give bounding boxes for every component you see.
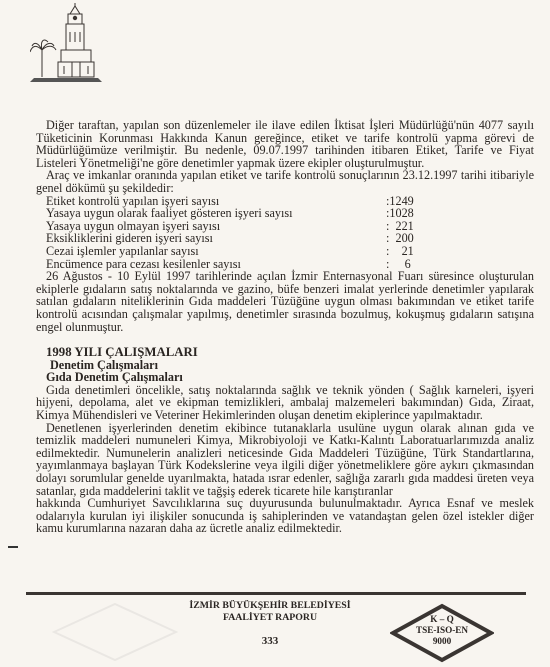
- clock-tower-icon: [30, 2, 102, 82]
- stat-value: : 21: [386, 245, 414, 258]
- paragraph-fair: 26 Ağustos - 10 Eylül 1997 tarihlerinde …: [36, 270, 534, 333]
- document-body: Diğer taraftan, yapılan son düzenlemeler…: [36, 119, 534, 535]
- badge-line3: 9000: [390, 636, 494, 647]
- stat-value: :1028: [386, 207, 414, 220]
- stat-label: Cezai işlemler yapılanlar sayısı: [46, 245, 386, 258]
- badge-line1: K – Q: [390, 614, 494, 625]
- section-heading-1998: 1998 YILI ÇALIŞMALARI: [36, 346, 534, 359]
- subheading-food-inspection: Gıda Denetim Çalışmaları: [36, 371, 534, 384]
- paragraph-samples: Denetlenen işyerlerinden denetim ekibinc…: [36, 422, 534, 498]
- stat-label: Yasaya uygun olarak faaliyet gösteren iş…: [46, 207, 386, 220]
- stats-list: Etiket kontrolü yapılan işyeri sayısı:12…: [36, 195, 534, 271]
- badge-line2: TSE-ISO-EN: [390, 625, 494, 636]
- footer-rule: [26, 592, 526, 595]
- paragraph-prosecution: hakkında Cumhuriyet Savcılıklarına suç d…: [36, 497, 534, 535]
- footer-org-line2: FAALİYET RAPORU: [160, 612, 380, 624]
- stat-row: Yasaya uygun olarak faaliyet gösteren iş…: [36, 207, 534, 220]
- footer-org: İZMİR BÜYÜKŞEHİR BELEDİYESİ FAALİYET RAP…: [160, 600, 380, 624]
- paragraph-food-inspection: Gıda denetimleri öncelikle, satış noktal…: [36, 384, 534, 422]
- margin-mark: [8, 546, 18, 548]
- paragraph-summary: Araç ve imkanlar oranında yapılan etiket…: [36, 169, 534, 194]
- page-number: 333: [240, 635, 300, 647]
- footer-org-line1: İZMİR BÜYÜKŞEHİR BELEDİYESİ: [160, 600, 380, 612]
- paragraph-intro: Diğer taraftan, yapılan son düzenlemeler…: [36, 119, 534, 169]
- stat-row: Cezai işlemler yapılanlar sayısı: 21: [36, 245, 534, 258]
- quality-badge: K – Q TSE-ISO-EN 9000: [390, 603, 494, 663]
